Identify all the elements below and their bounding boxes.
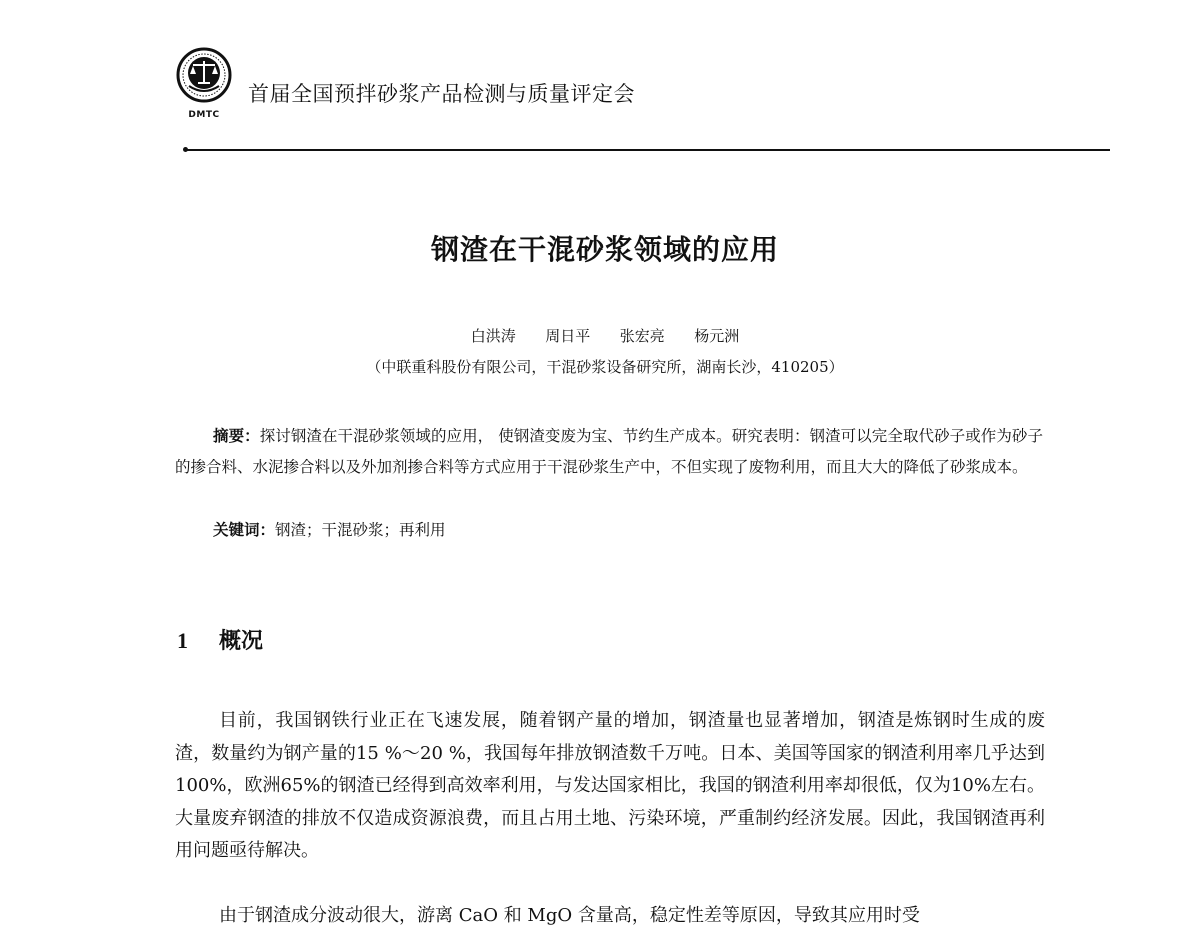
abstract-text: 探讨钢渣在干混砂浆领域的应用， 使钢渣变废为宝、节约生产成本。研究表明：钢渣可以… (175, 427, 1043, 476)
abstract-label: 摘要： (213, 427, 260, 445)
affiliation: （中联重科股份有限公司，干混砂浆设备研究所，湖南长沙，410205） (0, 356, 1200, 377)
abstract: 摘要：探讨钢渣在干混砂浆领域的应用， 使钢渣变废为宝、节约生产成本。研究表明：钢… (175, 421, 1043, 483)
body-paragraph: 目前，我国钢铁行业正在飞速发展，随着钢产量的增加，钢渣量也显著增加，钢渣是炼钢时… (175, 705, 1045, 868)
section-title: 概况 (219, 629, 263, 654)
section-heading: 1概况 (177, 624, 263, 655)
section-number: 1 (177, 628, 219, 654)
header-rule (186, 149, 1110, 151)
paper-title: 钢渣在干混砂浆领域的应用 (0, 228, 1200, 268)
dmtc-logo: DMTC (176, 46, 232, 126)
keywords: 关键词：钢渣；干混砂浆；再利用 (213, 519, 446, 541)
scales-emblem-icon (176, 46, 232, 108)
keywords-label: 关键词： (213, 521, 275, 539)
author-list: 白洪涛 周日平 张宏亮 杨元洲 (0, 325, 1200, 346)
body-paragraph: 由于钢渣成分波动很大，游离 CaO 和 MgO 含量高，稳定性差等原因，导致其应… (175, 900, 1045, 933)
logo-caption: DMTC (176, 110, 232, 120)
keywords-text: 钢渣；干混砂浆；再利用 (275, 521, 446, 539)
conference-title: 首届全国预拌砂浆产品检测与质量评定会 (248, 78, 635, 108)
